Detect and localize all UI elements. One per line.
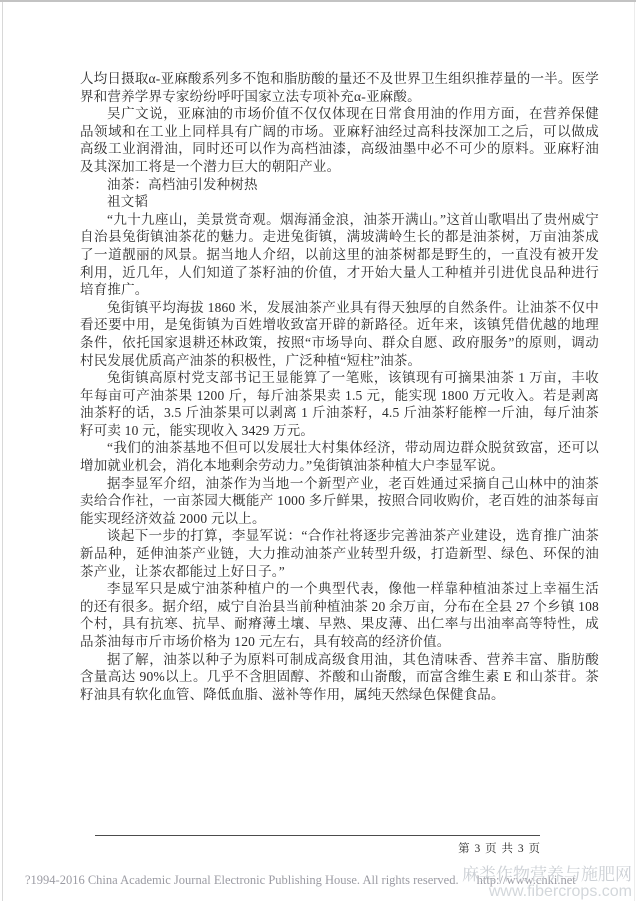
paragraph: 兔街镇高原村党支部书记王显能算了一笔账，该镇现有可摘果油茶 1 万亩，丰收年每亩… — [80, 369, 599, 439]
watermark-site-name: 麻类作物营养与施肥网 — [462, 866, 632, 883]
paragraph: “九十九座山，美景赏奇观。烟海涌金浪，油茶开满山。”这首山歌唱出了贵州威宁自治县… — [80, 211, 599, 299]
watermark-site-url: www.fibercrops.com — [462, 883, 632, 900]
document-page: 人均日摄取α-亚麻酸系列多不饱和脂肪酸的量还不及世界卫生组织推荐量的一半。医学界… — [0, 0, 636, 901]
paragraph: 据李显军介绍，油茶作为当地一个新型产业，老百姓通过采摘自己山林中的油茶卖给合作社… — [80, 475, 599, 528]
site-watermark: 麻类作物营养与施肥网 www.fibercrops.com — [462, 866, 632, 900]
paragraph: 油茶：高档油引发种树热 — [80, 176, 599, 194]
paragraph: 据了解，油茶以种子为原料可制成高级食用油，其色清味香、营养丰富、脂肪酸含量高达 … — [80, 651, 599, 704]
article-body: 人均日摄取α-亚麻酸系列多不饱和脂肪酸的量还不及世界卫生组织推荐量的一半。医学界… — [80, 70, 599, 703]
paragraph: 兔街镇平均海拔 1860 米，发展油茶产业具有得天独厚的自然条件。让油茶不仅中看… — [80, 299, 599, 369]
page-left-edge-line — [2, 2, 3, 901]
paragraph: 李显军只是威宁油茶种植户的一个典型代表，像他一样靠种植油茶过上幸福生活的还有很多… — [80, 580, 599, 650]
footer-divider — [95, 835, 540, 836]
copyright-text: ?1994-2016 China Academic Journal Electr… — [25, 873, 459, 887]
paragraph: 祖文韬 — [80, 193, 599, 211]
paragraph: 人均日摄取α-亚麻酸系列多不饱和脂肪酸的量还不及世界卫生组织推荐量的一半。医学界… — [80, 70, 599, 105]
paragraph: 谈起下一步的打算，李显军说：“合作社将逐步完善油茶产业建设，选育推广油茶新品种，… — [80, 527, 599, 580]
page-number: 第 3 页 共 3 页 — [458, 840, 541, 856]
paragraph: “我们的油茶基地不但可以发展壮大村集体经济，带动周边群众脱贫致富，还可以增加就业… — [80, 439, 599, 474]
page-right-edge-line — [634, 2, 635, 901]
paragraph: 吴广文说，亚麻油的市场价值不仅仅体现在日常食用油的作用方面，在营养保健品领域和在… — [80, 105, 599, 175]
